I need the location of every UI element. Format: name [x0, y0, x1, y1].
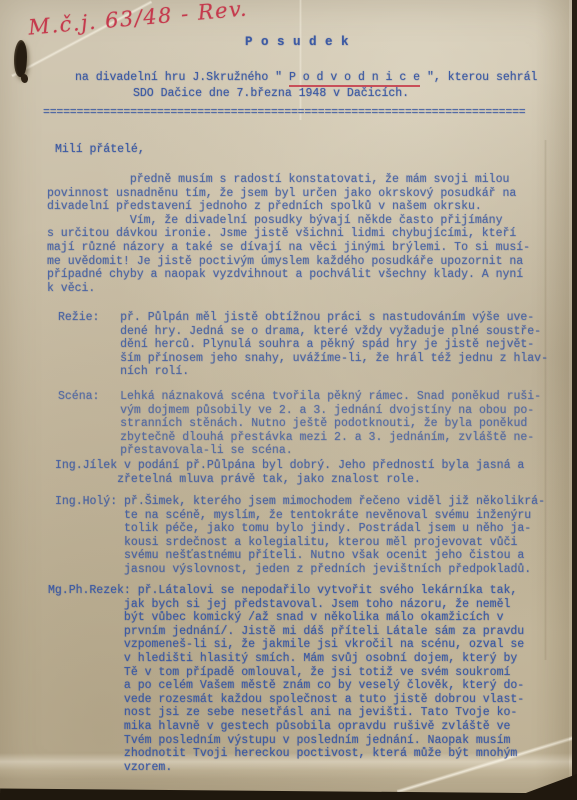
subject-text-after: ", kterou sehrál — [420, 71, 537, 84]
photographed-document: M.č.j. 63/48 - Rev. P o s u d e k na div… — [0, 0, 577, 800]
photo-background-right-edge — [572, 0, 577, 800]
section-rezie: Režie: př. Půlpán měl jistě obtížnou prá… — [58, 311, 548, 379]
handwritten-file-number: M.č.j. 63/48 - Rev. — [27, 0, 248, 40]
header-subject-line: na divadelní hru J.Skružného " P o d v o… — [75, 71, 537, 85]
section-scena: Scéna: Lehká náznaková scéna tvořila pěk… — [58, 390, 541, 458]
staple-hole — [20, 73, 28, 83]
salutation: Milí přátelé, — [55, 143, 145, 157]
paper-sheet: M.č.j. 63/48 - Rev. P o s u d e k na div… — [0, 0, 573, 793]
subject-text-before: na divadelní hru J.Skružného " — [75, 71, 289, 84]
separator-line: ========================================… — [43, 106, 525, 120]
document-title: P o s u d e k — [245, 36, 349, 50]
header-performance-line: SDO Dačice dne 7.března 1948 v Dačicích. — [133, 87, 409, 101]
intro-paragraph: předně musím s radostí konstatovati, že … — [47, 173, 530, 295]
staple-mark — [13, 40, 29, 78]
play-title-underlined: P o d v o d n i c e — [289, 71, 420, 87]
section-mg-ph-rezek: Mg.Ph.Rezek: př.Látalovi se nepodařilo v… — [48, 584, 524, 774]
section-ing-holy: Ing.Holý: př.Šimek, kterého jsem mimocho… — [55, 495, 545, 577]
fold-line-top-center — [299, 0, 302, 120]
section-ing-jilek: Ing.Jílek v podání př.Půlpána byl dobrý.… — [55, 459, 524, 486]
